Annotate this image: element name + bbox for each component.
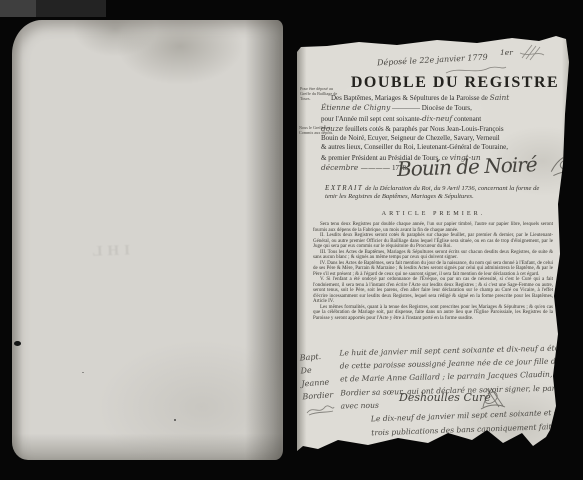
signature-text: Bouin de Noiré [397, 152, 537, 181]
print-text: contenant [452, 115, 481, 123]
handwritten-text: Étienne de Chigny [321, 103, 390, 112]
article-paragraph: V. Si l'enfant a été ondoyé par ordonnan… [313, 277, 553, 305]
margin-flourish-icon [305, 403, 335, 417]
folio-number: 1er [500, 48, 513, 57]
extrait-word: EXTRAIT [325, 184, 363, 192]
margin-line: Bordier [302, 388, 345, 404]
baptism-margin-note: Bapt. De Jeanne Bordier [299, 349, 345, 404]
handwritten-text: Saint [490, 93, 510, 102]
print-text: & autres lieux, Conseiller du Roi, Lieut… [321, 143, 508, 151]
print-text: ———— Diocèse de Tours, [390, 104, 472, 112]
signature-paraph-icon [546, 148, 583, 180]
page-title: DOUBLE DU REGISTRE [349, 74, 561, 92]
act-signature: Deshoulles Curé [399, 391, 491, 404]
preamble-line: Étienne de Chigny ———— Diocèse de Tours, [321, 103, 561, 113]
left-page-show-through: IHL [40, 242, 131, 262]
scanner-shelf-strip-right [36, 0, 106, 17]
preamble-line: pour l'Année mil sept cent soixante-dix-… [321, 114, 561, 124]
print-text: Des Baptêmes, Mariages & Sépultures de l… [331, 94, 490, 102]
left-page: IHL [12, 20, 283, 460]
print-text: feuillets cotés & paraphés par Nous Jean… [343, 125, 503, 133]
article-paragraph: III. Tous les Actes de Baptêmes, Mariage… [313, 250, 553, 261]
articles-block: Sera tenu deux Registres par double chaq… [313, 222, 553, 321]
ink-speck [174, 419, 176, 421]
preamble-line: & autres lieux, Conseiller du Roi, Lieut… [321, 143, 561, 152]
ink-speck [14, 341, 21, 346]
article-paragraph: Sera tenu deux Registres par double chaq… [313, 222, 553, 233]
print-text: Bouin de Noiré, Ecuyer, Seigneur de Chez… [321, 134, 500, 142]
handwritten-text: dix-neuf [422, 114, 452, 123]
right-page: Déposé le 22e janvier 1779 1er DOUBLE DU… [297, 34, 570, 458]
scanner-shelf-strip-left [0, 0, 36, 17]
article-paragraph: II. Lesdits deux Registres seront cotés … [313, 233, 553, 250]
print-text: pour l'Année mil sept cent soixante- [321, 115, 422, 123]
preamble-line: douze feuillets cotés & paraphés par Nou… [321, 124, 561, 134]
marriage-act: Le dix-neuf de janvier mil sept cent soi… [371, 406, 568, 440]
handwritten-text: décembre ———— [321, 163, 390, 172]
official-signature: Bouin de Noiré [397, 151, 573, 181]
article-premier-heading: ARTICLE PREMIER. [297, 210, 570, 217]
handwritten-text: douze [321, 124, 343, 133]
scan-background: IHL Déposé le 22e janvier 1779 1er DOUBL… [0, 0, 583, 480]
preamble-line: Des Baptêmes, Mariages & Sépultures de l… [321, 93, 561, 103]
article-paragraph: IV. Dans les Actes de Baptêmes, sera fai… [313, 261, 553, 278]
extrait-heading: EXTRAIT de la Déclaration du Roi, du 9 A… [325, 185, 553, 201]
ink-speck [82, 372, 84, 373]
preamble-line: Bouin de Noiré, Ecuyer, Seigneur de Chez… [321, 134, 561, 143]
corner-scribble-icon [518, 43, 546, 61]
article-paragraph: Les mêmes formalités, quant à la tenue d… [313, 305, 553, 322]
